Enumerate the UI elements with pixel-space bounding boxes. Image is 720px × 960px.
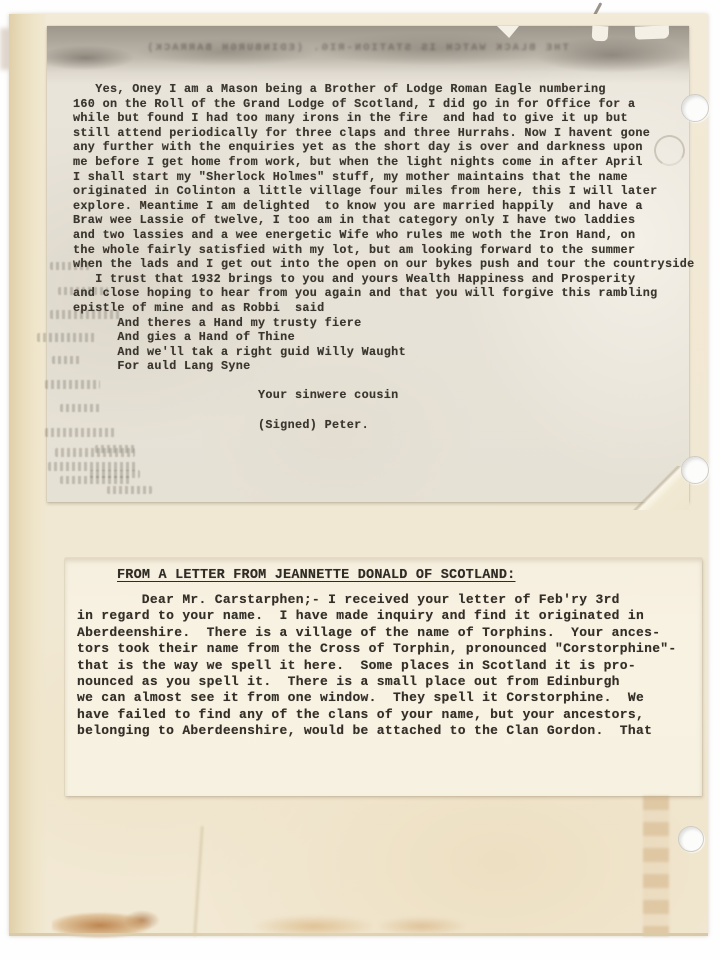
scanned-scrapbook-page: THE BLACK WATCH IS STATION-RIG. (EDINBUR… xyxy=(0,0,720,960)
paper-tear-notch xyxy=(635,25,669,39)
peter-letter-body: Yes, Oney I am a Mason being a Brother o… xyxy=(73,82,695,432)
edge-stain xyxy=(643,796,669,936)
punch-hole xyxy=(681,456,709,484)
punch-hole xyxy=(681,94,709,122)
scratch-mark xyxy=(193,826,204,936)
page-gutter-edge xyxy=(9,14,47,936)
paper-tear-notch xyxy=(497,26,519,38)
jeannette-letter-body: Dear Mr. Carstarphen;- I received your l… xyxy=(77,592,677,740)
album-page: THE BLACK WATCH IS STATION-RIG. (EDINBUR… xyxy=(9,14,708,936)
ink-smudge-band: THE BLACK WATCH IS STATION-RIG. (EDINBUR… xyxy=(47,26,689,84)
typed-letter-clipping-jeannette: FROM A LETTER FROM JEANNETTE DONALD OF S… xyxy=(65,558,702,796)
typed-letter-clipping-peter: THE BLACK WATCH IS STATION-RIG. (EDINBUR… xyxy=(47,26,689,502)
paper-tear-notch xyxy=(592,26,609,42)
jeannette-letter-heading: FROM A LETTER FROM JEANNETTE DONALD OF S… xyxy=(117,568,515,583)
page-bottom-edge xyxy=(9,933,708,936)
mirrored-ghost-text: THE BLACK WATCH IS STATION-RIG. (EDINBUR… xyxy=(57,42,657,54)
punch-hole xyxy=(678,826,704,852)
